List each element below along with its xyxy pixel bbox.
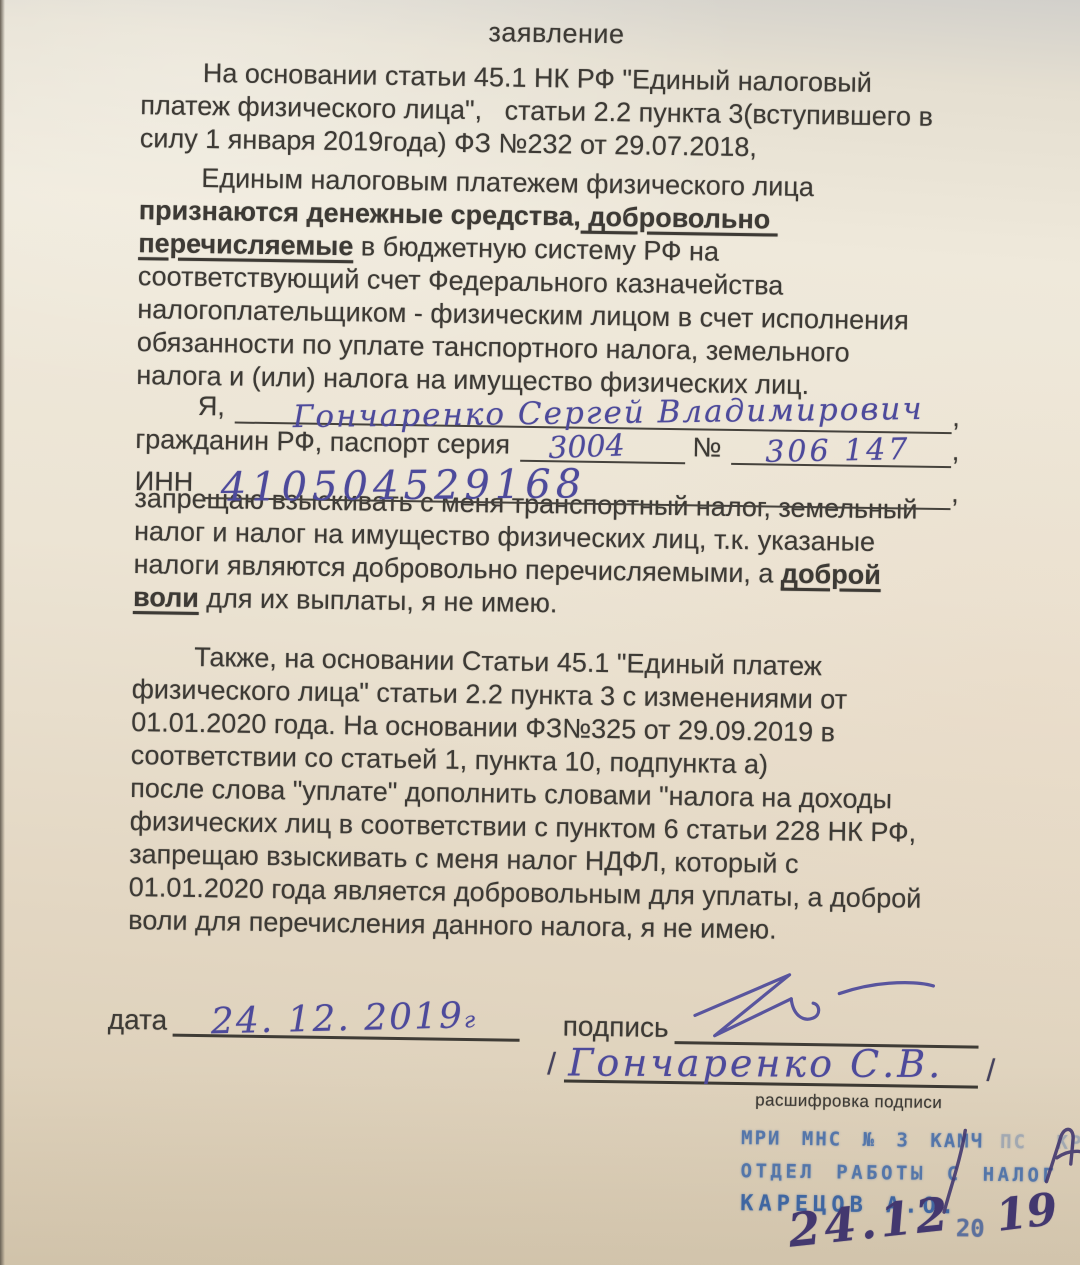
paragraph-legal-basis: На основании статьи 45.1 НК РФ "Единый н…	[140, 56, 965, 167]
close-slash: /	[986, 1053, 995, 1089]
plain-text: для их выплаты, я не имею.	[199, 583, 558, 618]
passport-number-field: 306 147	[731, 429, 952, 468]
bold-text: признаются денежные средства,	[139, 195, 582, 232]
inn-handwriting: 410504529168	[221, 468, 587, 505]
number-sign: №	[685, 431, 722, 465]
signature-decode-row: / Гончаренко С.В. /	[547, 1044, 996, 1089]
passport-series-field: 3004	[520, 426, 686, 464]
stamp-pen-flourish	[900, 1115, 1080, 1248]
signature-scribble	[668, 963, 989, 1052]
tax-office-stamp: МРИ МНС № 3 КАМЧПС КРАЙ ОТДЕЛ РАБОТЫ С Н…	[740, 1127, 1080, 1221]
fill-in-fields: Я, Гончаренко Сергей Владимирович , граж…	[135, 384, 961, 510]
ya-label: Я,	[136, 389, 225, 423]
bold-underlined-text: доброй	[781, 559, 881, 590]
document-title: заявление	[16, 10, 1080, 57]
decode-field: Гончаренко С.В.	[564, 1041, 979, 1088]
date-field: 24. 12. 2019г	[173, 992, 520, 1042]
bold-underlined-text: перечисляемые	[138, 228, 353, 261]
comma: ,	[951, 477, 959, 510]
date-row: дата 24. 12. 2019г	[108, 994, 521, 1042]
paragraph-also: Также, на основании Статьи 45.1 "Единый …	[128, 640, 956, 949]
date-label: дата	[108, 1004, 168, 1037]
paragraph-definition: Единым налоговым платежем физического ли…	[136, 161, 963, 404]
photographed-document: заявление На основании статьи 45.1 НК РФ…	[0, 0, 1080, 1265]
signature-label: подпись	[563, 1010, 669, 1044]
decode-handwriting: Гончаренко С.В.	[568, 1040, 943, 1086]
comma: ,	[952, 401, 960, 434]
inn-row: ИНН 410504529168 ,	[135, 456, 960, 510]
bold-underlined-text: добровольно	[581, 202, 778, 235]
bold-underlined-text: воли	[133, 582, 199, 613]
citizen-label: гражданин РФ, паспорт серия	[135, 423, 510, 462]
open-slash: /	[547, 1046, 556, 1082]
document-body: На основании статьи 45.1 НК РФ "Единый н…	[128, 56, 965, 949]
plain-text: в бюджетную систему РФ на	[353, 231, 719, 266]
date-handwriting: 24. 12. 2019г	[211, 995, 478, 1042]
comma: ,	[952, 435, 960, 468]
application-document: заявление На основании статьи 45.1 НК РФ…	[0, 0, 1080, 1265]
decode-caption: расшифровка подписи	[699, 1089, 999, 1113]
inn-label: ИНН	[135, 465, 194, 499]
